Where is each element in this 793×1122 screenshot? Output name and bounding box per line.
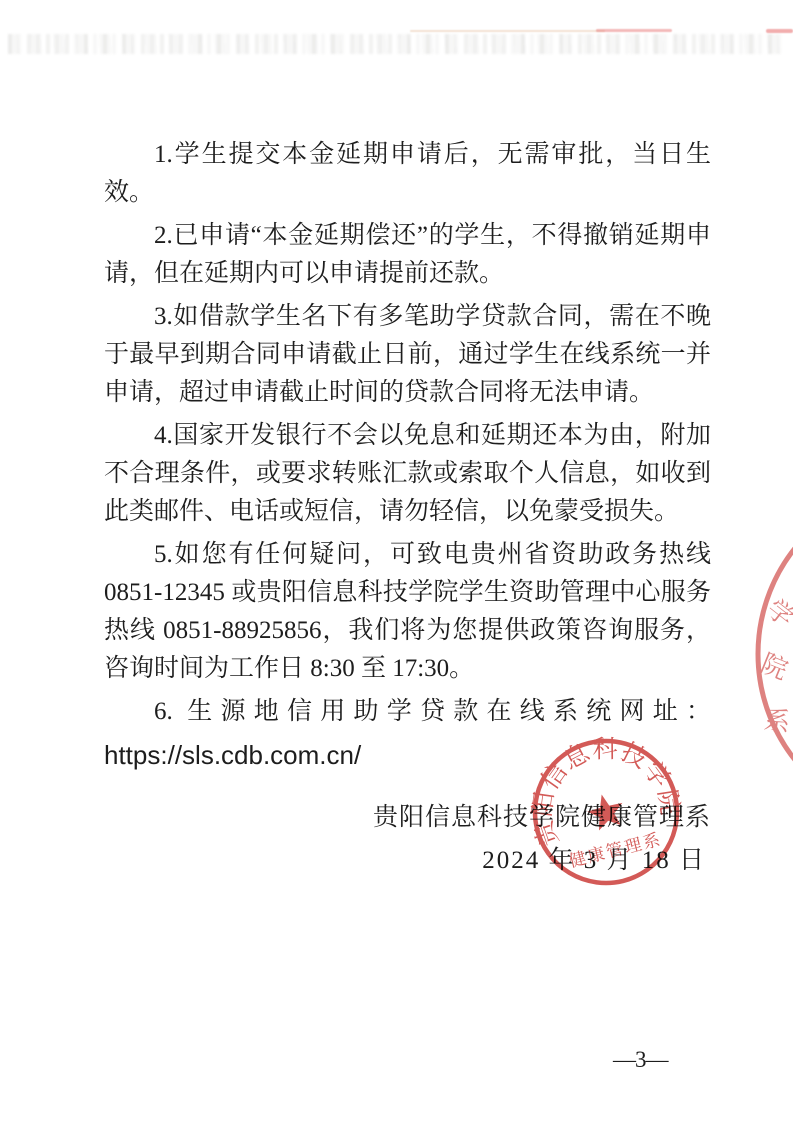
paragraph-2: 2.已申请“本金延期偿还”的学生，不得撤销延期申请，但在延期内可以申请提前还款。	[104, 217, 711, 293]
paragraph-3: 3.如借款学生名下有多笔助学贷款合同，需在不晚于最早到期合同申请截止日前，通过学…	[104, 298, 711, 412]
edge-seal-char: 系	[762, 705, 792, 737]
edge-seal-char: 院	[757, 649, 792, 686]
edge-seal-ring	[758, 542, 793, 772]
paragraph-6-label: 6. 生源地信用助学贷款在线系统网址：	[104, 693, 711, 731]
document-body: 1.学生提交本金延期申请后，无需审批，当日生效。 2.已申请“本金延期偿还”的学…	[104, 136, 711, 779]
paragraph-1: 1.学生提交本金延期申请后，无需审批，当日生效。	[104, 136, 711, 212]
signature-date: 2024 年 3 月 18 日	[482, 840, 706, 876]
paragraph-4: 4.国家开发银行不会以免息和延期还本为由，附加不合理条件，或要求转账汇款或索取个…	[104, 417, 711, 531]
paragraph-5: 5.如您有任何疑问，可致电贵州省资助政务热线 0851-12345 或贵阳信息科…	[104, 536, 711, 688]
signature-organization: 贵阳信息科技学院健康管理系	[373, 797, 711, 833]
paragraph-6-url: https://sls.cdb.com.cn/	[104, 736, 711, 774]
scan-bleedthrough-band	[8, 34, 785, 54]
scan-streak	[596, 29, 672, 32]
scan-streak	[410, 30, 605, 32]
edge-partial-seal-stamp: 学 院 系	[743, 542, 793, 772]
scan-streak	[766, 29, 793, 33]
scanned-document-page: 1.学生提交本金延期申请后，无需审批，当日生效。 2.已申请“本金延期偿还”的学…	[0, 0, 793, 1122]
page-number: —3—	[613, 1047, 668, 1073]
edge-seal-char: 学	[761, 594, 793, 633]
